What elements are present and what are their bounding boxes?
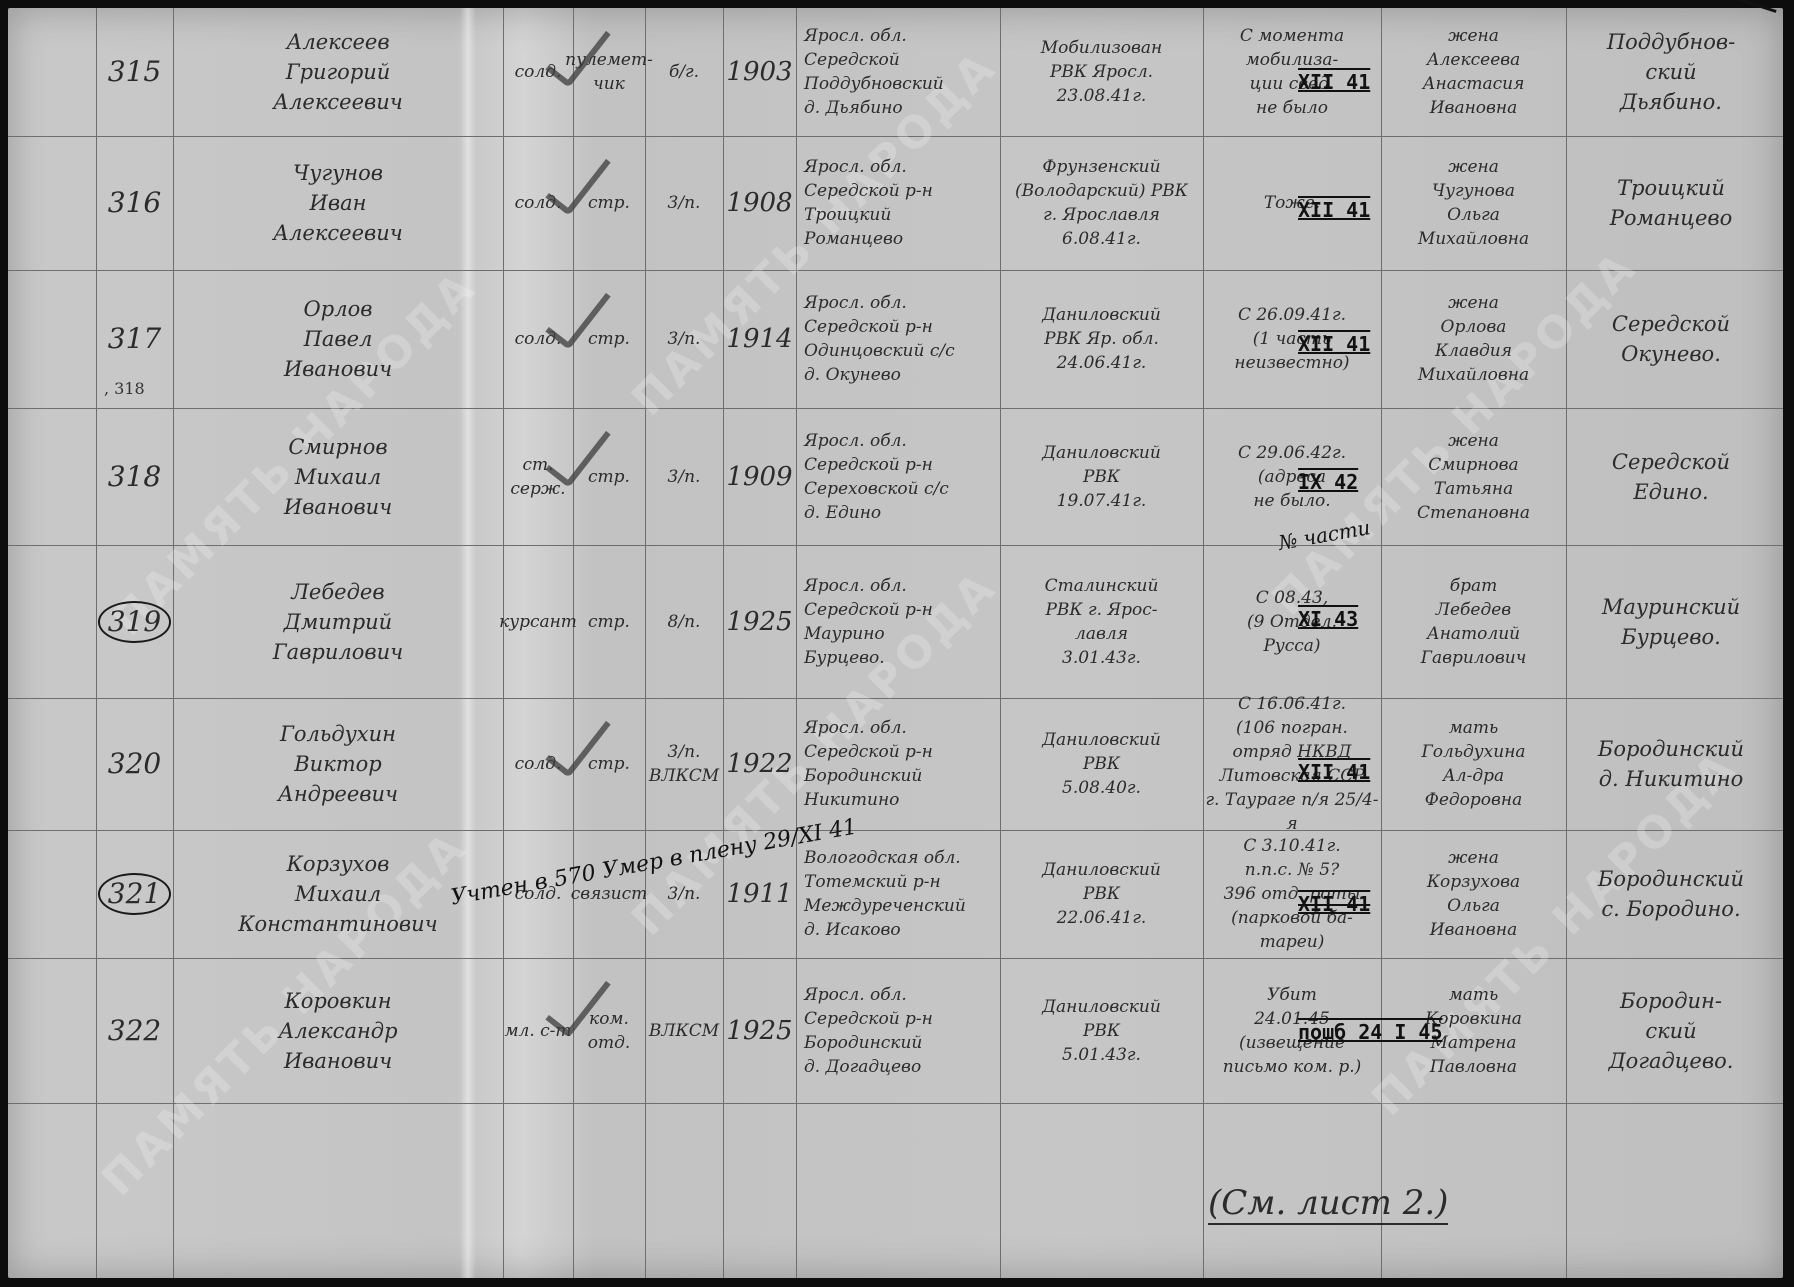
- record-number-cell: 315: [96, 8, 173, 136]
- text-line: 3/п.: [668, 327, 701, 351]
- drafted-by: ДаниловскийРВК22.06.41г.: [1000, 830, 1203, 958]
- text-line: Матрена: [1431, 1031, 1517, 1055]
- text-line: Дмитрий: [284, 607, 392, 637]
- text-line: 3.01.43г.: [1062, 646, 1141, 670]
- text-line: стр.: [588, 465, 630, 489]
- text-line: С 26.09.41г.: [1238, 303, 1346, 327]
- birth-year: 1922: [723, 698, 796, 830]
- text-line: С момента: [1240, 24, 1344, 48]
- text-line: Яросл. обл.: [804, 983, 907, 1007]
- full-name: ГольдухинВикторАндреевич: [173, 698, 503, 830]
- drafted-by: ДаниловскийРВК Яр. обл.24.06.41г.: [1000, 270, 1203, 408]
- text-line: Андреевич: [278, 779, 398, 809]
- text-line: д. Дьябино: [804, 96, 903, 120]
- birth-year: 1903: [723, 8, 796, 136]
- roman-date-mark: IX 42: [1298, 470, 1358, 494]
- text-line: Середской р-н: [804, 740, 933, 764]
- birthplace: Яросл. обл.Середской р-нБородинскийНикит…: [796, 698, 1000, 830]
- record-number-cell: 322: [96, 958, 173, 1103]
- text-line: жена: [1448, 846, 1499, 870]
- text-line: Лебедев: [1436, 598, 1511, 622]
- next-of-kin: женаКорзуховаОльгаИвановна: [1381, 830, 1566, 958]
- text-line: 1909: [726, 462, 792, 492]
- text-line: 3/п. ВЛКСМ: [645, 740, 723, 788]
- text-line: Смирнова: [1428, 453, 1518, 477]
- text-line: РВК Яр. обл.: [1044, 327, 1159, 351]
- text-line: Ольга: [1447, 894, 1500, 918]
- text-line: Фрунзенский: [1042, 155, 1160, 179]
- record-number: 320: [108, 749, 161, 779]
- text-line: Русса): [1263, 634, 1320, 658]
- register-row: 315 АлексеевГригорийАлексеевич солд. пул…: [8, 8, 1783, 136]
- text-line: Маурино: [804, 622, 885, 646]
- text-line: с. Бородино.: [1601, 894, 1740, 924]
- text-line: д. Едино: [804, 501, 881, 525]
- text-line: Яросл. обл.: [804, 429, 907, 453]
- next-of-kin: женаЧугуноваОльгаМихайловна: [1381, 136, 1566, 270]
- text-line: Чугунова: [1432, 179, 1515, 203]
- text-line: Середской р-н: [804, 1007, 933, 1031]
- text-line: Федоровна: [1425, 788, 1523, 812]
- education: б/г.: [645, 8, 723, 136]
- text-line: Середской р-н: [804, 598, 933, 622]
- text-line: 24.06.41г.: [1057, 351, 1147, 375]
- text-line: Вологодская обл.: [804, 846, 961, 870]
- text-line: Сереховской с/с: [804, 477, 949, 501]
- text-line: мобилиза-: [1246, 48, 1339, 72]
- record-number: 318: [108, 462, 161, 492]
- position: стр.: [573, 545, 645, 698]
- text-line: С 16.06.41г.: [1238, 692, 1346, 716]
- family-address: СередскойОкунево.: [1566, 270, 1776, 408]
- family-address: Поддубнов-скийДьябино.: [1566, 8, 1776, 136]
- birthplace: Яросл. обл.Середской р-нБородинскийд. До…: [796, 958, 1000, 1103]
- text-line: Гаврилович: [273, 637, 403, 667]
- text-line: д. Никитино: [1599, 764, 1743, 794]
- roman-date-mark: XII 41: [1298, 892, 1370, 916]
- text-line: стр.: [588, 610, 630, 634]
- roman-date-mark: XII 41: [1298, 198, 1370, 222]
- text-line: (106 погран.: [1236, 716, 1348, 740]
- text-line: 1922: [726, 749, 792, 779]
- text-line: Гольдухина: [1421, 740, 1525, 764]
- drafted-by: ДаниловскийРВК5.08.40г.: [1000, 698, 1203, 830]
- text-line: Поддубновский: [804, 72, 944, 96]
- text-line: Даниловский: [1042, 728, 1161, 752]
- drafted-by: МобилизованРВК Яросл.23.08.41г.: [1000, 8, 1203, 136]
- next-of-kin: женаАлексееваАнастасияИвановна: [1381, 8, 1566, 136]
- text-line: Орлов: [304, 294, 373, 324]
- text-line: РВК: [1083, 465, 1120, 489]
- text-line: Григорий: [286, 57, 391, 87]
- text-line: Бурцево.: [1621, 622, 1721, 652]
- text-line: Тотемский р-н: [804, 870, 941, 894]
- text-line: Иванович: [284, 354, 392, 384]
- roman-date-mark: XII 41: [1298, 70, 1370, 94]
- text-line: Иванович: [284, 492, 392, 522]
- family-address: ТроицкийРоманцево: [1566, 136, 1776, 270]
- text-line: Троицкий: [1617, 173, 1725, 203]
- text-line: Даниловский: [1042, 858, 1161, 882]
- text-line: тареи): [1260, 930, 1325, 954]
- text-line: РВК: [1083, 752, 1120, 776]
- text-line: Алексеевич: [273, 87, 403, 117]
- text-line: Мобилизован: [1041, 36, 1162, 60]
- birth-year: 1908: [723, 136, 796, 270]
- text-line: 1925: [726, 607, 792, 637]
- text-line: 5.01.43г.: [1062, 1043, 1141, 1067]
- text-line: стр.: [588, 327, 630, 351]
- roman-date-mark: XI 43: [1298, 607, 1358, 631]
- next-of-kin: матьГольдухинаАл-драФедоровна: [1381, 698, 1566, 830]
- text-line: д. Исаково: [804, 918, 901, 942]
- roman-date-mark: XII 41: [1298, 760, 1370, 784]
- register-row: 319 ЛебедевДмитрийГаврилович курсант стр…: [8, 545, 1783, 698]
- register-row: 321 КорзуховМихаилКонстантинович солд. с…: [8, 830, 1783, 958]
- text-line: не было: [1256, 96, 1328, 120]
- text-line: Романцево: [804, 227, 903, 251]
- birthplace: Яросл. обл.Середской р-нСереховской с/сд…: [796, 408, 1000, 545]
- text-line: Сталинский: [1045, 574, 1159, 598]
- text-line: письмо ком. р.): [1223, 1055, 1362, 1079]
- text-line: Середской: [1612, 309, 1730, 339]
- text-line: Александр: [278, 1016, 397, 1046]
- education: 3/п.: [645, 270, 723, 408]
- birthplace: Яросл. обл.Середской р-нТроицкийРоманцев…: [796, 136, 1000, 270]
- record-number: 321: [98, 873, 171, 915]
- text-line: д. Окунево: [804, 363, 901, 387]
- text-line: Гольдухин: [280, 719, 396, 749]
- record-number: 315: [108, 57, 161, 87]
- text-line: Едино.: [1633, 477, 1708, 507]
- text-line: Середской: [804, 48, 900, 72]
- full-name: ЛебедевДмитрийГаврилович: [173, 545, 503, 698]
- text-line: 19.07.41г.: [1057, 489, 1147, 513]
- text-line: Дьябино.: [1620, 87, 1722, 117]
- text-line: Убит: [1267, 983, 1317, 1007]
- text-line: ский: [1645, 57, 1696, 87]
- text-line: ВЛКСМ: [649, 1019, 719, 1043]
- text-line: 5.08.40г.: [1062, 776, 1141, 800]
- text-line: Михаил: [295, 462, 381, 492]
- text-line: г. Таураге п/я 25/4-я: [1203, 788, 1381, 836]
- text-line: Смирнов: [288, 432, 387, 462]
- record-number: 322: [108, 1016, 161, 1046]
- birth-year: 1909: [723, 408, 796, 545]
- text-line: Середской р-н: [804, 179, 933, 203]
- birthplace: Яросл. обл.СередскойПоддубновскийд. Дьяб…: [796, 8, 1000, 136]
- text-line: жена: [1448, 155, 1499, 179]
- birth-year: 1914: [723, 270, 796, 408]
- text-line: курсант: [499, 610, 577, 634]
- text-line: Коровкин: [284, 986, 391, 1016]
- text-line: 23.08.41г.: [1057, 84, 1147, 108]
- text-line: С 29.06.42г.: [1238, 441, 1346, 465]
- text-line: Даниловский: [1042, 441, 1161, 465]
- family-address: Бородинскийс. Бородино.: [1566, 830, 1776, 958]
- text-line: Междуреченский: [804, 894, 966, 918]
- family-address: МауринскийБурцево.: [1566, 545, 1776, 698]
- full-name: КоровкинАлександрИванович: [173, 958, 503, 1103]
- record-number-cell: 316: [96, 136, 173, 270]
- full-name: ОрловПавелИванович: [173, 270, 503, 408]
- birthplace: Вологодская обл.Тотемский р-нМеждуреченс…: [796, 830, 1000, 958]
- full-name: ЧугуновИванАлексеевич: [173, 136, 503, 270]
- record-number-cell: 319: [96, 545, 173, 698]
- birthplace: Яросл. обл.Середской р-нОдинцовский с/сд…: [796, 270, 1000, 408]
- text-line: лавля: [1075, 622, 1128, 646]
- text-line: Мауринский: [1602, 592, 1740, 622]
- text-line: Гаврилович: [1421, 646, 1527, 670]
- text-line: Орлова: [1441, 315, 1507, 339]
- register-row: 322 КоровкинАлександрИванович мл. с-т ко…: [8, 958, 1783, 1103]
- text-line: стр.: [588, 752, 630, 776]
- text-line: Анастасия: [1423, 72, 1525, 96]
- text-line: Константинович: [238, 909, 437, 939]
- text-line: Бородинский: [1598, 734, 1744, 764]
- text-line: Догадцево.: [1609, 1046, 1734, 1076]
- text-line: Бородинский: [804, 764, 922, 788]
- text-line: мать: [1449, 716, 1499, 740]
- drafted-by: СталинскийРВК г. Ярос-лавля3.01.43г.: [1000, 545, 1203, 698]
- text-line: Ивановна: [1430, 918, 1518, 942]
- text-line: Середской: [1612, 447, 1730, 477]
- text-line: Середской р-н: [804, 453, 933, 477]
- text-line: Алексеева: [1427, 48, 1521, 72]
- education: 3/п.: [645, 136, 723, 270]
- text-line: 8/п.: [668, 610, 701, 634]
- family-address: Бородин-скийДогадцево.: [1566, 958, 1776, 1103]
- text-line: Яросл. обл.: [804, 291, 907, 315]
- text-line: 1914: [726, 324, 792, 354]
- text-line: брат: [1450, 574, 1498, 598]
- text-line: Корзухова: [1427, 870, 1520, 894]
- text-line: Лебедев: [291, 577, 384, 607]
- position: связист: [573, 830, 645, 958]
- text-line: Степановна: [1417, 501, 1530, 525]
- register-row: 318 СмирновМихаилИванович ст. серж. стр.…: [8, 408, 1783, 545]
- next-of-kin: братЛебедевАнатолийГаврилович: [1381, 545, 1566, 698]
- birth-year: 1925: [723, 958, 796, 1103]
- text-line: Романцево: [1610, 203, 1732, 233]
- text-line: Алексеев: [286, 27, 389, 57]
- text-line: ский: [1645, 1016, 1696, 1046]
- record-number-cell: 320: [96, 698, 173, 830]
- text-line: РВК г. Ярос-: [1045, 598, 1157, 622]
- full-name: СмирновМихаилИванович: [173, 408, 503, 545]
- family-address: СередскойЕдино.: [1566, 408, 1776, 545]
- text-line: 3/п.: [668, 191, 701, 215]
- text-line: Бородинский: [804, 1031, 922, 1055]
- text-line: РВК: [1083, 1019, 1120, 1043]
- text-line: жена: [1448, 429, 1499, 453]
- family-address: Бородинскийд. Никитино: [1566, 698, 1776, 830]
- text-line: Ал-дра: [1443, 764, 1504, 788]
- document-sheet: ПАМЯТЬ НАРОДА ПАМЯТЬ НАРОДА ПАМЯТЬ НАРОД…: [8, 8, 1783, 1278]
- text-line: 1908: [726, 188, 792, 218]
- text-line: б/г.: [669, 60, 699, 84]
- text-line: Никитино: [804, 788, 899, 812]
- text-line: Иванович: [284, 1046, 392, 1076]
- text-line: мать: [1449, 983, 1499, 1007]
- text-line: Анатолий: [1427, 622, 1520, 646]
- text-line: Клавдия: [1435, 339, 1512, 363]
- text-line: (Володарский) РВК: [1015, 179, 1188, 203]
- record-number-cell: 321: [96, 830, 173, 958]
- birthplace: Яросл. обл.Середской р-нМауриноБурцево.: [796, 545, 1000, 698]
- row-rule: [8, 1103, 1783, 1104]
- text-line: Яросл. обл.: [804, 155, 907, 179]
- text-line: Даниловский: [1042, 303, 1161, 327]
- full-name: АлексеевГригорийАлексеевич: [173, 8, 503, 136]
- text-line: Чугунов: [293, 158, 383, 188]
- text-line: Одинцовский с/с: [804, 339, 955, 363]
- text-line: 1911: [726, 879, 792, 909]
- drafted-by: Фрунзенский(Володарский) РВКг. Ярославля…: [1000, 136, 1203, 270]
- record-number-cell: 318: [96, 408, 173, 545]
- text-line: г. Ярославля: [1043, 203, 1160, 227]
- text-line: 1925: [726, 1016, 792, 1046]
- text-line: Павловна: [1430, 1055, 1517, 1079]
- drafted-by: ДаниловскийРВК5.01.43г.: [1000, 958, 1203, 1103]
- roman-date-mark: пошб 24 I 45: [1298, 1020, 1443, 1044]
- text-line: РВК Яросл.: [1050, 60, 1153, 84]
- text-line: Троицкий: [804, 203, 891, 227]
- text-line: Алексеевич: [273, 218, 403, 248]
- next-of-kin: женаОрловаКлавдияМихайловна: [1381, 270, 1566, 408]
- record-number: 316: [108, 188, 161, 218]
- text-line: С 3.10.41г.: [1243, 834, 1340, 858]
- text-line: 3/п.: [668, 882, 701, 906]
- text-line: Татьяна: [1434, 477, 1513, 501]
- text-line: Павел: [304, 324, 373, 354]
- text-line: Ольга: [1447, 203, 1500, 227]
- text-line: Яросл. обл.: [804, 574, 907, 598]
- register-row: 320 ГольдухинВикторАндреевич солд. стр. …: [8, 698, 1783, 830]
- text-line: РВК: [1083, 882, 1120, 906]
- text-line: п.п.с. № 5?: [1245, 858, 1339, 882]
- text-line: стр.: [588, 191, 630, 215]
- record-number: 319: [98, 601, 171, 643]
- text-line: Яросл. обл.: [804, 716, 907, 740]
- register-row: 317 ОрловПавелИванович солд. стр. 3/п. 1…: [8, 270, 1783, 408]
- text-line: Михайловна: [1418, 227, 1529, 251]
- education: ВЛКСМ: [645, 958, 723, 1103]
- text-line: Поддубнов-: [1607, 27, 1735, 57]
- text-line: 6.08.41г.: [1062, 227, 1141, 251]
- drafted-by: ДаниловскийРВК19.07.41г.: [1000, 408, 1203, 545]
- birth-year: 1925: [723, 545, 796, 698]
- footer-note: (См. лист 2.): [1208, 1183, 1448, 1225]
- text-line: Яросл. обл.: [804, 24, 907, 48]
- register-row: 316 ЧугуновИванАлексеевич солд. стр. 3/п…: [8, 136, 1783, 270]
- text-line: 22.06.41г.: [1057, 906, 1147, 930]
- education: 3/п.: [645, 408, 723, 545]
- text-line: С 08.43,: [1256, 586, 1328, 610]
- text-line: Ивановна: [1430, 96, 1518, 120]
- education: 8/п.: [645, 545, 723, 698]
- text-line: Михайловна: [1418, 363, 1529, 387]
- margin-note: , 318: [104, 379, 145, 398]
- text-line: Михаил: [295, 879, 381, 909]
- text-line: д. Догадцево: [804, 1055, 921, 1079]
- text-line: Даниловский: [1042, 995, 1161, 1019]
- text-line: 1903: [726, 57, 792, 87]
- next-of-kin: женаСмирноваТатьянаСтепановна: [1381, 408, 1566, 545]
- text-line: Иван: [310, 188, 367, 218]
- text-line: 3/п.: [668, 465, 701, 489]
- text-line: Виктор: [294, 749, 382, 779]
- roman-date-mark: XII 41: [1298, 332, 1370, 356]
- education: 3/п. ВЛКСМ: [645, 698, 723, 830]
- text-line: Бурцево.: [804, 646, 885, 670]
- text-line: Бородин-: [1620, 986, 1722, 1016]
- text-line: жена: [1448, 24, 1499, 48]
- text-line: Середской р-н: [804, 315, 933, 339]
- text-line: Окунево.: [1621, 339, 1721, 369]
- text-line: Корзухов: [287, 849, 390, 879]
- record-number: 317: [108, 324, 161, 354]
- rank: курсант: [503, 545, 573, 698]
- text-line: жена: [1448, 291, 1499, 315]
- text-line: Бородинский: [1598, 864, 1744, 894]
